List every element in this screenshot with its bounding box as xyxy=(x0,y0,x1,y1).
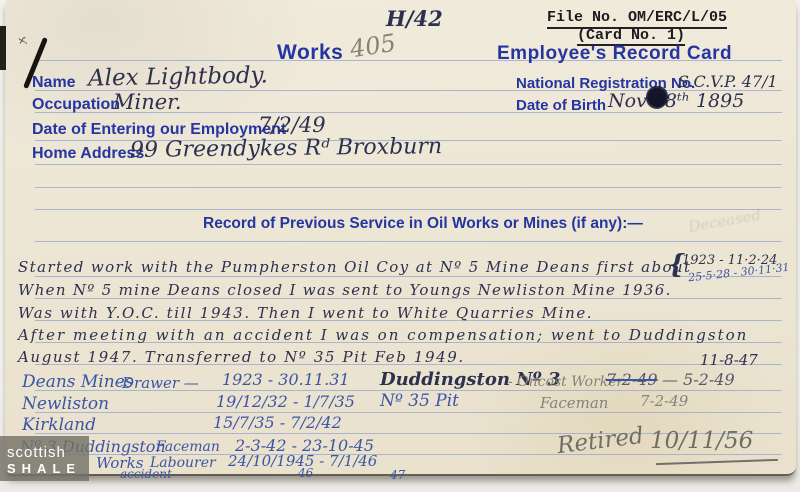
ruled-line xyxy=(35,209,782,210)
ruled-line xyxy=(35,164,782,165)
works-label: Works xyxy=(277,41,343,65)
card-title: Employee's Record Card xyxy=(497,43,732,65)
date-of-entering-value: 7/2/49 xyxy=(258,113,326,137)
service-date: 7-2-49 xyxy=(640,392,688,410)
service-place: Newliston xyxy=(22,394,109,414)
service-role: Faceman xyxy=(540,394,608,412)
service-paragraph-line: Was with Y.O.C. till 1943. Then I went t… xyxy=(18,304,593,322)
service-place: Deans Mines xyxy=(22,372,133,392)
name-label: Name xyxy=(32,74,76,92)
file-number: File No. OM/ERC/L/05 xyxy=(547,9,727,29)
service-year-alt: 46 xyxy=(298,466,313,480)
service-paragraph-line: Started work with the Pumpherston Oil Co… xyxy=(18,258,691,276)
record-card-photo: ×׃ H/42 Works 405 File No. OM/ERC/L/05 (… xyxy=(0,0,800,492)
side-date: 11-8-47 xyxy=(700,351,758,369)
national-registration-value: S.C.V.P. 47/1 xyxy=(678,72,778,91)
service-paragraph-line: When Nº 5 mine Deans closed I was sent t… xyxy=(18,281,672,299)
ruled-line xyxy=(35,187,782,188)
occupation-value: Miner. xyxy=(113,90,182,114)
watermark-text: SHALE xyxy=(7,461,81,476)
ruled-line xyxy=(35,241,782,242)
service-role: Faceman xyxy=(156,439,220,455)
home-address-label: Home Address xyxy=(32,145,144,163)
date-of-birth-value: Nov 18ᵗʰ 1895 xyxy=(608,90,744,112)
occupation-label: Occupation xyxy=(32,96,120,114)
previous-service-heading: Record of Previous Service in Oil Works … xyxy=(203,215,643,233)
service-note: accident xyxy=(120,467,172,481)
service-paragraph-line: August 1947. Transferred to Nº 35 Pit Fe… xyxy=(18,348,465,366)
service-paragraph-line: After meeting with an accident I was on … xyxy=(18,326,748,344)
service-place: Nº 35 Pit xyxy=(380,391,459,411)
service-role: Drawer — xyxy=(122,374,199,392)
service-dates: 19/12/32 - 1/7/35 xyxy=(216,392,355,411)
ruled-line xyxy=(35,412,782,413)
service-date-struck: 7-2-49 xyxy=(606,370,658,389)
scottish-shale-watermark: scottish SHALE xyxy=(0,436,89,481)
service-year-alt: 47 xyxy=(390,468,405,482)
home-address-value: 99 Greendykes Rᵈ Broxburn xyxy=(130,134,442,163)
name-value: Alex Lightbody. xyxy=(88,62,268,91)
service-place: Kirkland xyxy=(22,415,96,435)
watermark-text: scottish xyxy=(7,444,66,461)
service-dates: 15/7/35 - 7/2/42 xyxy=(213,413,342,432)
reference-code-handwritten: H/42 xyxy=(386,6,443,31)
card-edge-chip xyxy=(0,26,6,70)
service-date: — 5-2-49 xyxy=(662,370,735,389)
date-of-birth-label: Date of Birth xyxy=(516,97,606,114)
service-dates: 1923 - 30.11.31 xyxy=(222,370,350,389)
retired-date: 10/11/56 xyxy=(650,428,753,454)
